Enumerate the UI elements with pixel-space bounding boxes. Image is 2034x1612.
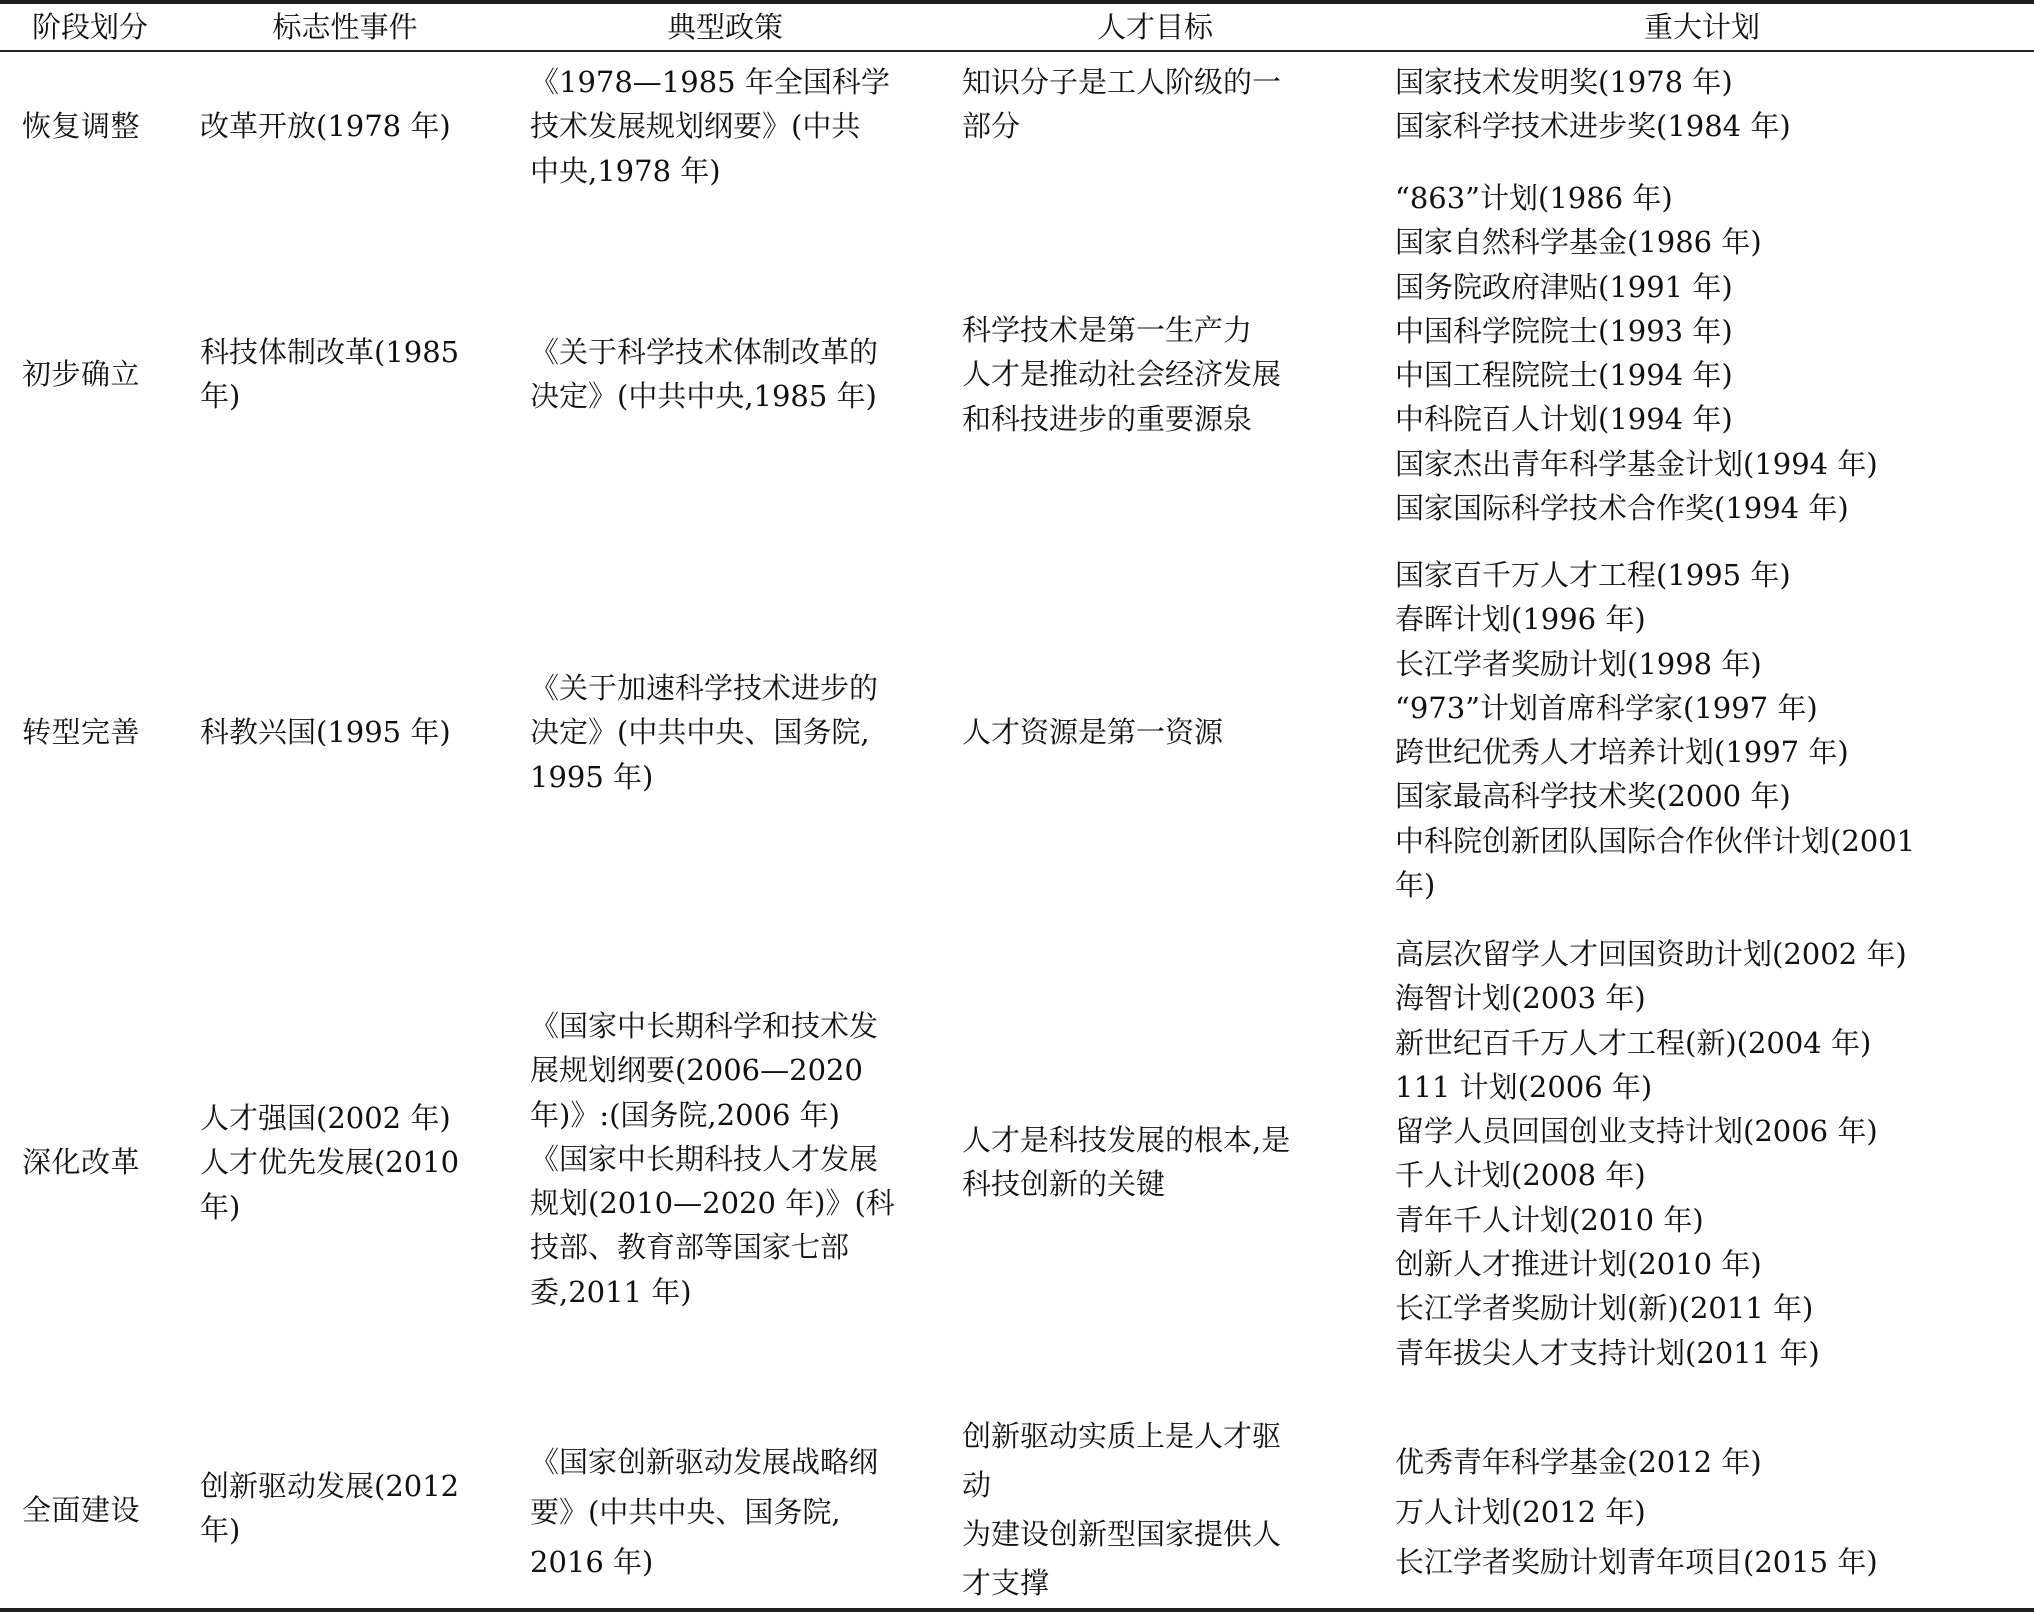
event-cell: 改革开放(1978 年)	[200, 104, 451, 148]
table-bottom-rule	[0, 1608, 2034, 1612]
goal-cell: 创新驱动实质上是人才驱 动 为建设创新型国家提供人 才支撑	[962, 1412, 1281, 1608]
stage-cell: 恢复调整	[22, 104, 140, 148]
header-goal: 人才目标	[940, 4, 1370, 50]
header-plans: 重大计划	[1370, 4, 2034, 50]
policy-cell: 《关于加速科学技术进步的 决定》(中共中央、国务院, 1995 年)	[530, 666, 878, 799]
header-rule	[0, 50, 2034, 52]
plans-cell: 高层次留学人才回国资助计划(2002 年) 海智计划(2003 年) 新世纪百千…	[1395, 932, 1907, 1375]
policy-cell: 《关于科学技术体制改革的 决定》(中共中央,1985 年)	[530, 330, 878, 419]
policy-cell: 《1978—1985 年全国科学 技术发展规划纲要》(中共 中央,1978 年)	[530, 60, 890, 193]
goal-cell: 人才资源是第一资源	[962, 710, 1223, 754]
stage-cell: 转型完善	[22, 710, 140, 754]
plans-cell: 国家技术发明奖(1978 年) 国家科学技术进步奖(1984 年)	[1395, 60, 1791, 149]
policy-cell: 《国家中长期科学和技术发 展规划纲要(2006—2020 年)》:(国务院,20…	[530, 1004, 895, 1314]
plans-cell: “863”计划(1986 年) 国家自然科学基金(1986 年) 国务院政府津贴…	[1395, 176, 1878, 530]
event-cell: 科技体制改革(1985 年)	[200, 330, 459, 419]
goal-cell: 科学技术是第一生产力 人才是推动社会经济发展 和科技进步的重要源泉	[962, 308, 1281, 441]
header-stage: 阶段划分	[0, 4, 180, 50]
header-policy: 典型政策	[510, 4, 940, 50]
goal-cell: 人才是科技发展的根本,是 科技创新的关键	[962, 1118, 1290, 1207]
plans-cell: 优秀青年科学基金(2012 年) 万人计划(2012 年) 长江学者奖励计划青年…	[1395, 1437, 1878, 1587]
plans-cell: 国家百千万人才工程(1995 年) 春晖计划(1996 年) 长江学者奖励计划(…	[1395, 553, 1915, 907]
stage-cell: 初步确立	[22, 352, 140, 396]
stage-cell: 深化改革	[22, 1140, 140, 1184]
event-cell: 人才强国(2002 年) 人才优先发展(2010 年)	[200, 1096, 459, 1229]
header-event: 标志性事件	[180, 4, 510, 50]
stage-cell: 全面建设	[22, 1488, 140, 1532]
event-cell: 创新驱动发展(2012 年)	[200, 1464, 459, 1553]
goal-cell: 知识分子是工人阶级的一 部分	[962, 60, 1281, 149]
event-cell: 科教兴国(1995 年)	[200, 710, 451, 754]
policy-cell: 《国家创新驱动发展战略纲 要》(中共中央、国务院, 2016 年)	[530, 1437, 878, 1587]
